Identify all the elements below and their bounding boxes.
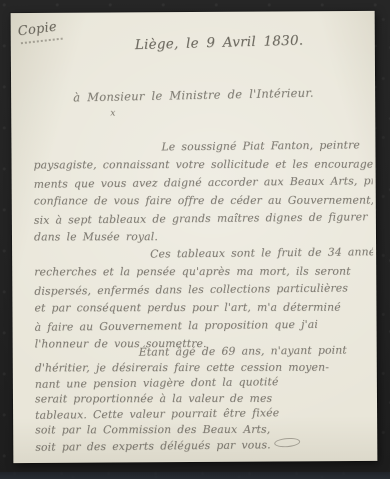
handwritten-line: soit par la Commission des Beaux Arts, (35, 421, 374, 437)
reference-mark: x (110, 108, 115, 118)
handwritten-line: Étant âgé de 69 ans, n'ayant point (35, 342, 374, 361)
handwritten-line: dispersés, enfermés dans les collections… (34, 279, 373, 301)
paragraph-3: Étant âgé de 69 ans, n'ayant point d'hér… (35, 343, 375, 454)
dateline: Liège, le 9 Avril 1830. (135, 33, 304, 54)
copy-underline-flourish (21, 38, 63, 45)
handwritten-line: et par conséquent perdus pour l'art, m'a… (34, 298, 373, 317)
letter-page: Copie Liège, le 9 Avril 1830. à Monsieur… (11, 11, 378, 463)
handwritten-line: soit par des experts délégués par vous. (35, 436, 374, 455)
salutation-line: à Monsieur le Ministre de l'Intérieur. (73, 86, 314, 105)
handwritten-line: six à sept tableaux de grands maîtres di… (34, 208, 373, 230)
handwritten-line: Le soussigné Piat Fanton, peintre (33, 136, 372, 158)
scanner-edge-strip (0, 472, 390, 479)
handwritten-line: recherches et la pensée qu'après ma mort… (34, 262, 373, 281)
handwritten-line: à faire au Gouvernement la proposition q… (34, 315, 373, 337)
handwritten-line: nant une pension viagère dont la quotité (35, 373, 374, 392)
handwritten-line: ments que vous avez daigné accorder aux … (34, 172, 373, 194)
paragraph-2: Ces tableaux sont le fruit de 34 années … (34, 244, 374, 354)
paragraph-1: Le soussigné Piat Fanton, peintre paysag… (33, 137, 373, 247)
handwritten-line: paysagiste, connaissant votre sollicitud… (34, 155, 373, 174)
handwritten-line-text: soit par des experts délégués par vous. (35, 438, 271, 453)
terminal-flourish (274, 437, 301, 448)
handwritten-line: Ces tableaux sont le fruit de 34 années … (34, 243, 373, 265)
scan-background: Copie Liège, le 9 Avril 1830. à Monsieur… (0, 0, 390, 479)
copy-annotation: Copie (17, 20, 58, 40)
handwritten-line: confiance de vous faire offre de céder a… (34, 191, 373, 210)
